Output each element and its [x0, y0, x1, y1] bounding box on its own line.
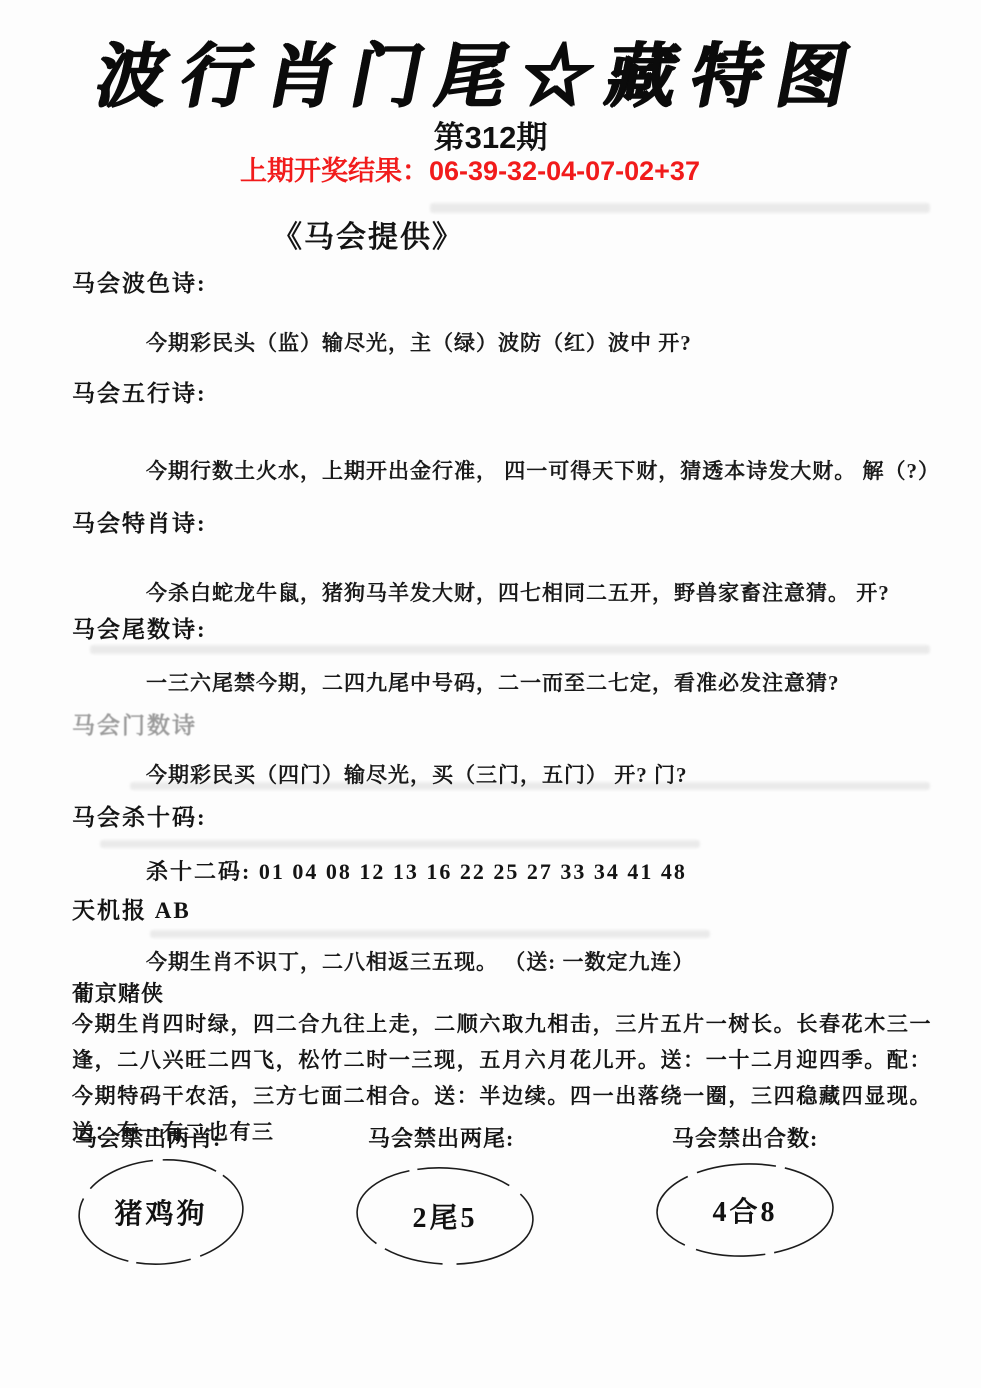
page-title: 波行肖门尾☆藏特图: [88, 20, 927, 120]
scan-artifact: [150, 930, 710, 938]
poem-texiao: 今杀白蛇龙牛鼠，猪狗马羊发大财，四七相同二五开，野兽家畜注意猜。 开?: [146, 577, 890, 607]
poem-wuxing: 今期行数土火水，上期开出金行准， 四一可得天下财，猜透本诗发大财。 解（?）: [146, 455, 940, 485]
scan-artifact: [90, 645, 930, 654]
section-heading-texiao: 马会特肖诗:: [72, 505, 207, 538]
kill-numbers-line: 杀十二码: 01 04 08 12 13 16 22 25 27 33 34 4…: [146, 855, 687, 886]
poem-menshu: 今期彩民买（四门）输尽光，买（三门，五门） 开? 门?: [146, 759, 688, 789]
forbidden-zodiac-oval: 猪鸡狗: [75, 1156, 247, 1268]
section-heading-bose: 马会波色诗:: [72, 265, 207, 298]
forbidden-tail-label: 马会禁出两尾:: [368, 1122, 514, 1153]
forbidden-tail-oval: 2尾5: [352, 1164, 538, 1268]
forbidden-zodiac-label: 马会禁出两肖:: [75, 1122, 221, 1153]
forbidden-sum-value: 4合8: [712, 1190, 777, 1230]
section-heading-wuxing: 马会五行诗:: [72, 375, 207, 408]
last-draw-result: 上期开奖结果：06-39-32-04-07-02+37: [0, 149, 940, 188]
forbidden-sum-oval: 4合8: [652, 1160, 838, 1260]
pujing-heading: 葡京赌侠: [72, 977, 164, 1008]
section-heading-shashima: 马会杀十码:: [72, 799, 207, 832]
section-heading-menshu: 马会门数诗: [72, 707, 197, 740]
forbidden-zodiac-value: 猪鸡狗: [114, 1192, 207, 1232]
poem-bose: 今期彩民头（监）输尽光，主（绿）波防（红）波中 开?: [146, 327, 692, 357]
forbidden-tail-value: 2尾5: [412, 1196, 477, 1236]
scan-artifact: [430, 203, 930, 213]
provider-heading: 《马会提供》: [272, 212, 464, 256]
forbidden-sum-label: 马会禁出合数:: [672, 1122, 818, 1153]
section-heading-tianjibao: 天机报 AB: [72, 892, 191, 925]
poem-weishu: 一三六尾禁今期，二四九尾中号码，二一而至二七定，看准必发注意猜?: [146, 667, 840, 697]
poem-tianjibao: 今期生肖不识丁，二八相返三五现。 （送: 一数定九连）: [146, 946, 695, 976]
scan-artifact: [100, 840, 700, 848]
section-heading-weishu: 马会尾数诗:: [72, 611, 207, 644]
